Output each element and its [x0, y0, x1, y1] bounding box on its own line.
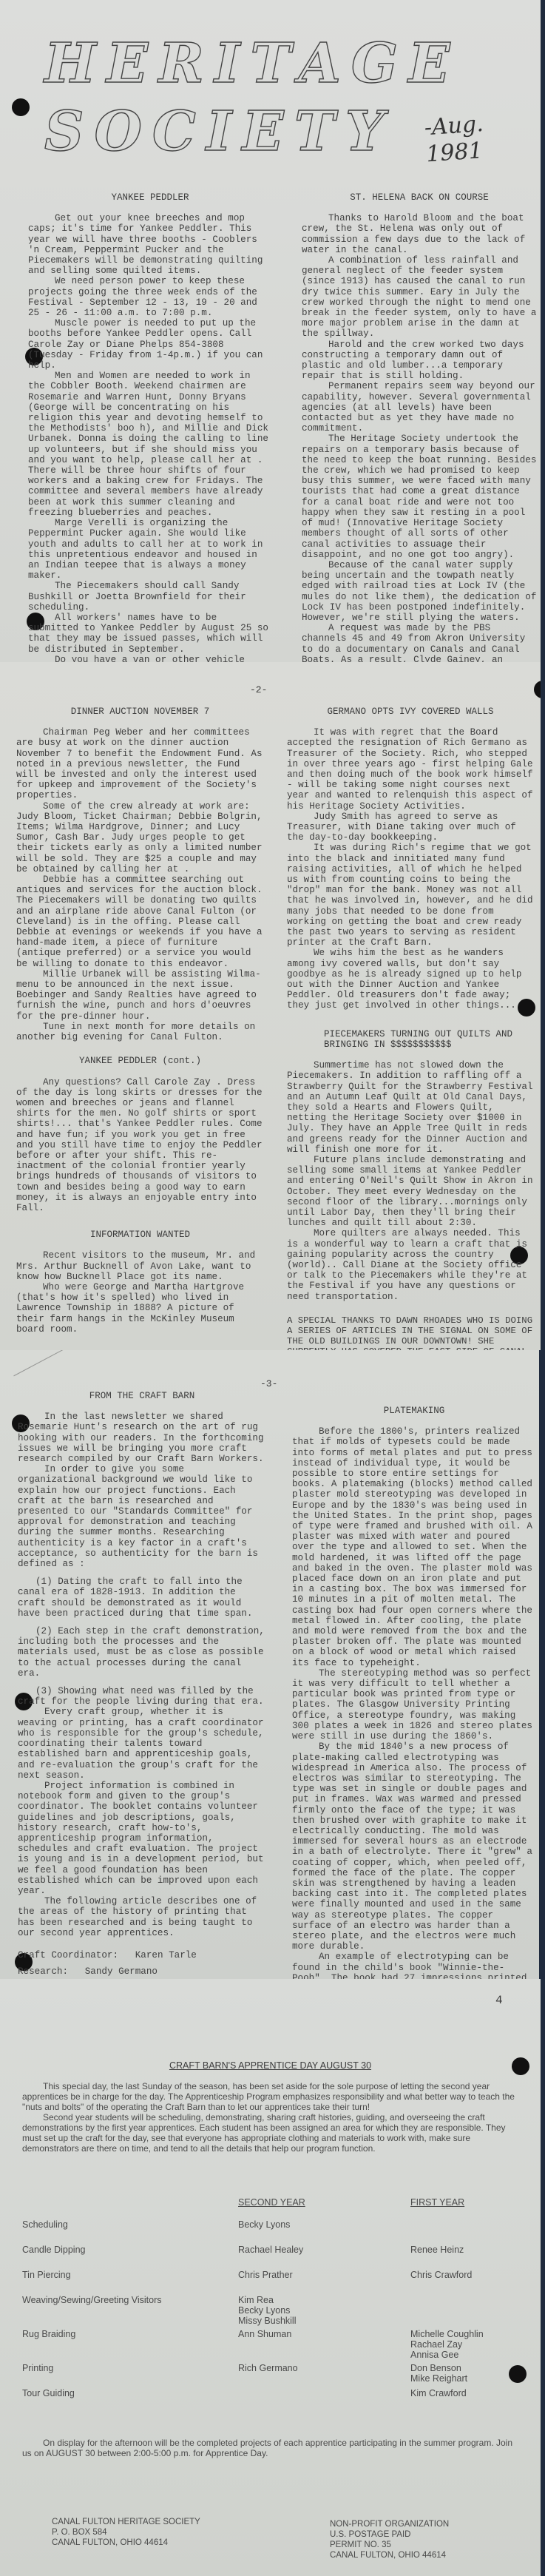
masthead-title-line1: HERITAGE [44, 30, 488, 98]
postage-indicia: NON-PROFIT ORGANIZATION U.S. POSTAGE PAI… [330, 2519, 449, 2560]
apprentice-name: Rachael Healey [238, 2245, 410, 2255]
paragraph: Permanent repairs seem way beyond our ca… [302, 381, 537, 434]
apprentice-name: Renee Heinz [410, 2245, 518, 2255]
newsletter-page-3: -3- FROM THE CRAFT BARN In the last news… [0, 1350, 545, 1979]
paragraph: Recent visitors to the museum, Mr. and M… [16, 1250, 264, 1282]
punch-hole [534, 681, 545, 698]
masthead: HERITAGE SOCIETY [44, 30, 488, 166]
roster-row: Rug BraidingAnn ShumanMichelle CoughlinR… [22, 2329, 518, 2360]
paragraph: Do you have a van or other vehicle that … [28, 655, 272, 662]
paragraph: More quilters are always needed. This is… [287, 1228, 534, 1301]
newsletter-page-1: HERITAGE SOCIETY -Aug. 1981 YANKEE PEDDL… [0, 0, 545, 662]
apprentice-name: Kim Crawford [410, 2388, 518, 2398]
craft-area: Weaving/Sewing/Greeting Visitors [22, 2295, 238, 2326]
apprentice-roster-table: SECOND YEAR FIRST YEAR SchedulingBecky L… [22, 2197, 518, 2413]
special-thanks-notice: A SPECIAL THANKS TO DAWN RHOADES WHO IS … [287, 1315, 534, 1350]
craft-area: Candle Dipping [22, 2245, 238, 2267]
article-heading: CRAFT BARN'S APPRENTICE DAY AUGUST 30 [22, 2060, 518, 2071]
address-line: P. O. BOX 584 [52, 2527, 200, 2538]
roster-row: PrintingRich GermanoDon BensonMike Reigh… [22, 2363, 518, 2385]
paragraph: Marge Verelli is organizing the Peppermi… [28, 518, 272, 581]
article-heading: YANKEE PEDDLER [28, 192, 272, 203]
coordinator-label: Craft Coordinator: [18, 1950, 118, 1960]
article-platemaking: PLATEMAKING Before the 1800's, printers … [292, 1406, 536, 1979]
second-year-apprentices: Becky Lyons [238, 2219, 410, 2242]
paragraph: Muscle power is needed to put up the boo… [28, 318, 272, 371]
first-year-apprentices [410, 2295, 518, 2326]
paragraph: Future plans include demonstrating and s… [287, 1155, 534, 1228]
paragraph: It was with regret that the Board accept… [287, 727, 534, 812]
apprentice-name: Ann Shuman [238, 2329, 410, 2339]
paragraph: Any questions? Call Carole Zay . Dress o… [16, 1077, 264, 1214]
roster-row: Tour GuidingKim Crawford [22, 2388, 518, 2410]
second-year-apprentices: Kim ReaBecky LyonsMissy Bushkill [238, 2295, 410, 2326]
apprentice-name: Becky Lyons [238, 2219, 410, 2230]
article-heading: YANKEE PEDDLER (cont.) [16, 1056, 264, 1066]
apprentice-name: Michelle Coughlin [410, 2329, 518, 2339]
paragraph: In the last newsletter we shared Rosemar… [18, 1412, 266, 1464]
paragraph: This special day, the last Sunday of the… [22, 2081, 518, 2112]
article-st-helena: ST. HELENA BACK ON COURSE Thanks to Haro… [302, 192, 537, 662]
apprentice-name: Missy Bushkill [238, 2316, 410, 2326]
paragraph: Who were George and Martha Hartgrove (th… [16, 1282, 264, 1335]
paragraph: Because of the canal water supply being … [302, 560, 537, 623]
article-yankee-peddler: YANKEE PEDDLER Get out your knee breeche… [28, 192, 272, 662]
first-year-apprentices [410, 2219, 518, 2242]
column-header-first-year: FIRST YEAR [410, 2197, 518, 2219]
article-germano: GERMANO OPTS IVY COVERED WALLS It was wi… [287, 707, 534, 1350]
roster-row: Tin PiercingChris PratherChris Crawford [22, 2270, 518, 2292]
first-year-apprentices: Kim Crawford [410, 2388, 518, 2410]
article-heading: GERMANO OPTS IVY COVERED WALLS [287, 707, 534, 717]
first-year-apprentices: Renee Heinz [410, 2245, 518, 2267]
paragraph: Every craft group, whether it is weaving… [18, 1707, 266, 1780]
page-number: 4 [495, 1994, 503, 2007]
apprentice-name: Rich Germano [238, 2363, 410, 2373]
apprentice-name: Kim Rea [238, 2295, 410, 2305]
research-label: Research: [18, 1966, 68, 1977]
research-name: Sandy Germano [85, 1966, 158, 1977]
article-heading: PIECEMAKERS TURNING OUT QUILTS AND BRING… [287, 1029, 534, 1050]
paragraph: Chairman Peg Weber and her committees ar… [16, 727, 264, 800]
first-year-apprentices: Chris Crawford [410, 2270, 518, 2292]
craft-area: Tour Guiding [22, 2388, 238, 2410]
paragraph: Summertime has not slowed down the Piece… [287, 1060, 534, 1155]
authenticity-criterion: (3) Showing what need was filled by the … [18, 1686, 266, 1707]
masthead-title-line2: SOCIETY [44, 98, 488, 166]
craft-area: Tin Piercing [22, 2270, 238, 2292]
punch-hole [12, 98, 30, 116]
paragraph: Before the 1800's, printers realized tha… [292, 1426, 536, 1668]
closing-text: On display for the afternoon will be the… [22, 2438, 518, 2458]
article-apprentice-day: CRAFT BARN'S APPRENTICE DAY AUGUST 30 Th… [22, 2060, 518, 2154]
paragraph: The Heritage Society undertook the repai… [302, 434, 537, 559]
roster-row: Candle DippingRachael HealeyRenee Heinz [22, 2245, 518, 2267]
newsletter-page-4: 4 CRAFT BARN'S APPRENTICE DAY AUGUST 30 … [0, 1979, 545, 2576]
paragraph: The stereotyping method was so perfect i… [292, 1668, 536, 1742]
apprentice-name: Becky Lyons [238, 2305, 410, 2316]
article-craft-barn: FROM THE CRAFT BARN In the last newslett… [18, 1391, 266, 1977]
first-year-apprentices: Don BensonMike Reighart [410, 2363, 518, 2385]
second-year-apprentices: Rich Germano [238, 2363, 410, 2385]
return-address: CANAL FULTON HERITAGE SOCIETY P. O. BOX … [52, 2517, 200, 2548]
paragraph: Thanks to Harold Bloom and the boat crew… [302, 213, 537, 255]
paragraph: Second year students will be scheduling,… [22, 2112, 518, 2154]
article-heading: DINNER AUCTION NOVEMBER 7 [16, 707, 264, 717]
paragraph: We need person power to keep these proje… [28, 276, 272, 318]
page-number: -2- [250, 684, 267, 695]
paragraph: It was during Rich's regime that we got … [287, 843, 534, 948]
paragraph: By the mid 1840's a new process of plate… [292, 1742, 536, 1952]
second-year-apprentices [238, 2388, 410, 2410]
paragraph: The Piecemakers should call Sandy Bushki… [28, 581, 272, 613]
roster-header-row: SECOND YEAR FIRST YEAR [22, 2197, 518, 2219]
craft-area: Rug Braiding [22, 2329, 238, 2360]
paragraph: Harold and the crew worked two days cons… [302, 340, 537, 382]
roster-row: Weaving/Sewing/Greeting VisitorsKim ReaB… [22, 2295, 518, 2326]
coordinator-name: Karen Tarle [135, 1950, 197, 1960]
roster-row: SchedulingBecky Lyons [22, 2219, 518, 2242]
paragraph: All workers' names have to be submitted … [28, 613, 272, 655]
second-year-apprentices: Rachael Healey [238, 2245, 410, 2267]
craft-area: Scheduling [22, 2219, 238, 2242]
research-line: Research: Sandy Germano [18, 1966, 266, 1977]
paragraph: Project information is combined in noteb… [18, 1781, 266, 1896]
article-heading: PLATEMAKING [292, 1406, 536, 1416]
paragraph: The following article describes one of t… [18, 1896, 266, 1938]
postage-line: NON-PROFIT ORGANIZATION [330, 2519, 449, 2529]
address-line: CANAL FULTON, OHIO 44614 [52, 2538, 200, 2548]
paragraph: A request was made by the PBS channels 4… [302, 623, 537, 662]
second-year-apprentices: Chris Prather [238, 2270, 410, 2292]
masthead-date: -Aug. 1981 [424, 107, 543, 169]
newsletter-page-2: -2- DINNER AUCTION NOVEMBER 7 Chairman P… [0, 662, 545, 1350]
apprentice-name: Don Benson [410, 2363, 518, 2373]
apprentice-name: Chris Crawford [410, 2270, 518, 2280]
column-header-second-year: SECOND YEAR [238, 2197, 410, 2219]
paper-crease [0, 1350, 92, 1376]
paragraph: We wihs him the best as he wanders among… [287, 948, 534, 1011]
paragraph: Tune in next month for more details on a… [16, 1022, 264, 1042]
article-dinner-auction: DINNER AUCTION NOVEMBER 7 Chairman Peg W… [16, 707, 264, 1350]
article-heading: ST. HELENA BACK ON COURSE [302, 192, 537, 203]
postage-line: CANAL FULTON, OHIO 44614 [330, 2550, 449, 2560]
paragraph: Judy Smith has agreed to serve as Treasu… [287, 812, 534, 843]
paragraph: A combination of less rainfall and gener… [302, 255, 537, 340]
postage-line: U.S. POSTAGE PAID [330, 2529, 449, 2540]
authenticity-criterion: (2) Each step in the craft demonstration… [18, 1626, 266, 1679]
paragraph: Some of the crew already at work are: Ju… [16, 801, 264, 874]
address-line: CANAL FULTON HERITAGE SOCIETY [52, 2517, 200, 2527]
article-heading: INFORMATION WANTED [16, 1230, 264, 1240]
craft-coordinator-line: Craft Coordinator: Karen Tarle [18, 1950, 266, 1960]
apprentice-name: Annisa Gee [410, 2350, 518, 2360]
paragraph: Get out your knee breeches and mop caps;… [28, 213, 272, 276]
paragraph: An example of electrotyping can be found… [292, 1952, 536, 1979]
apprentice-name: Rachael Zay [410, 2339, 518, 2350]
apprentice-name: Mike Reighart [410, 2373, 518, 2384]
paragraph: Millie Urbanek will be assisting Wilma-m… [16, 969, 264, 1022]
craft-area: Printing [22, 2363, 238, 2385]
paragraph: Debbie has a committee searching out ant… [16, 874, 264, 969]
first-year-apprentices: Michelle CoughlinRachael ZayAnnisa Gee [410, 2329, 518, 2360]
closing-paragraph: On display for the afternoon will be the… [22, 2438, 518, 2458]
apprentice-name: Chris Prather [238, 2270, 410, 2280]
article-heading: FROM THE CRAFT BARN [18, 1391, 266, 1401]
page-number: -3- [260, 1378, 277, 1389]
authenticity-criterion: (1) Dating the craft to fall into the ca… [18, 1577, 266, 1619]
paragraph: Men and Women are needed to work in the … [28, 371, 272, 518]
paragraph: In order to give you some organizational… [18, 1464, 266, 1569]
postage-line: PERMIT NO. 35 [330, 2540, 449, 2550]
second-year-apprentices: Ann Shuman [238, 2329, 410, 2360]
